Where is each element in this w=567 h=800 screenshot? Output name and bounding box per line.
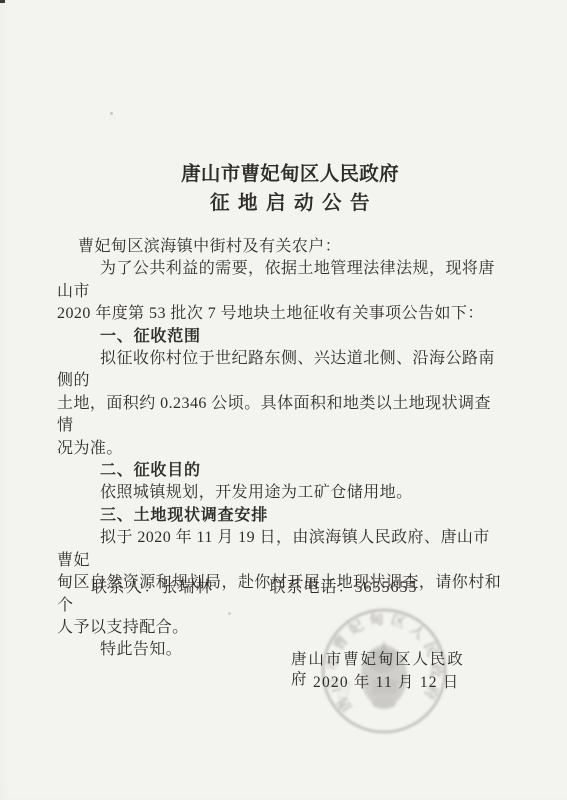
body-line: 2020 年度第 53 批次 7 号地块土地征收有关事项公告如下：	[57, 303, 504, 325]
announcement-subtitle: 征地启动公告	[0, 192, 567, 216]
addressee-line: 曹妃甸区滨海镇中街村及有关农户：	[57, 236, 504, 258]
section-heading: 一、征收范围	[57, 326, 504, 348]
contact-line: 联系人：张瑞林联系电话：5655655	[57, 577, 504, 599]
section-heading: 二、征收目的	[57, 460, 504, 482]
body-line: 拟征收你村位于世纪路东侧、兴达道北侧、沿海公路南侧的	[57, 348, 504, 393]
body-line: 依照城镇规划，开发用途为工矿仓储用地。	[57, 482, 504, 504]
body-line: 土地，面积约 0.2346 公顷。具体面积和地类以土地现状调查情	[57, 393, 504, 438]
scan-artifact	[0, 0, 5, 3]
scanned-document-page: 唐山市曹妃甸区人民政府 征地启动公告 曹妃甸区滨海镇中街村及有关农户： 为了公共…	[0, 0, 567, 800]
section-heading: 三、土地现状调查安排	[57, 505, 504, 527]
document-title: 唐山市曹妃甸区人民政府	[0, 163, 567, 187]
contact-phone: 联系电话：5655655	[270, 579, 418, 596]
contact-person: 联系人：张瑞林	[91, 579, 214, 596]
scan-artifact	[110, 112, 113, 115]
body-line: 拟于 2020 年 11 月 19 日，由滨海镇人民政府、唐山市曹妃	[57, 527, 504, 572]
body-line: 为了公共利益的需要，依据土地管理法律法规，现将唐山市	[57, 258, 504, 303]
issue-date: 2020 年 11 月 12 日	[313, 673, 460, 693]
body-line: 况为准。	[57, 438, 504, 460]
